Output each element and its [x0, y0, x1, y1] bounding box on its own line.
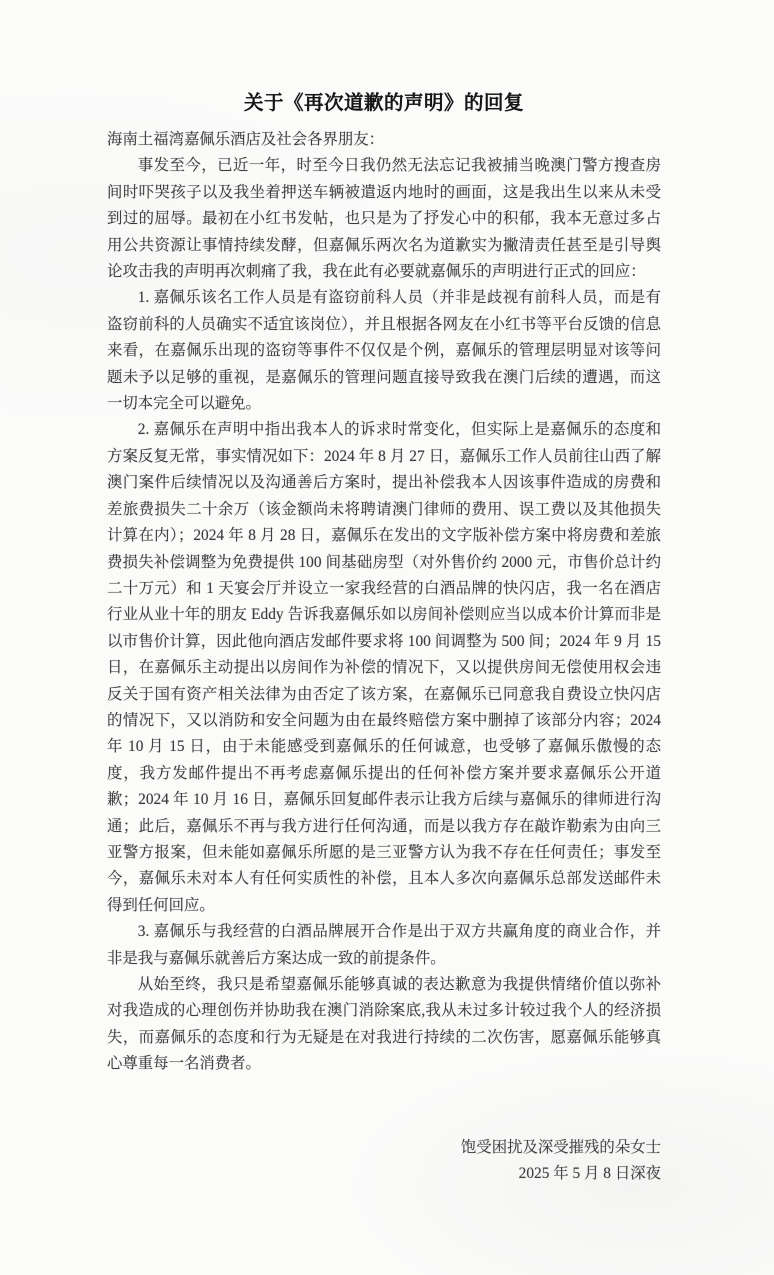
- document-title: 关于《再次道歉的声明》的回复: [107, 90, 661, 116]
- paragraph-closing: 从始至终，我只是希望嘉佩乐能够真诚的表达歉意为我提供情绪价值以弥补对我造成的心理…: [107, 972, 661, 1078]
- paragraph-point-1: 1. 嘉佩乐该名工作人员是有盗窃前科人员（并非是歧视有前科人员，而是有盗窃前科的…: [107, 285, 661, 417]
- paragraph-intro: 事发至今，已近一年，时至今日我仍然无法忘记我被捕当晚澳门警方搜查房间时吓哭孩子以…: [107, 153, 661, 285]
- signature-date: 2025 年 5 月 8 日深夜: [107, 1161, 661, 1187]
- signature: 饱受困扰及深受摧残的朵女士: [107, 1135, 661, 1161]
- document-page: { "page": { "background_color": "#fbfbfa…: [0, 0, 774, 1275]
- salutation: 海南土福湾嘉佩乐酒店及社会各界朋友：: [107, 127, 661, 153]
- signature-block: 饱受困扰及深受摧残的朵女士 2025 年 5 月 8 日深夜: [107, 1135, 661, 1188]
- document-body: 海南土福湾嘉佩乐酒店及社会各界朋友： 事发至今，已近一年，时至今日我仍然无法忘记…: [107, 127, 661, 1078]
- statement-document: 关于《再次道歉的声明》的回复 海南土福湾嘉佩乐酒店及社会各界朋友： 事发至今，已…: [107, 90, 661, 1187]
- paragraph-point-3: 3. 嘉佩乐与我经营的白酒品牌展开合作是出于双方共赢角度的商业合作，并非是我与嘉…: [107, 919, 661, 972]
- paragraph-point-2: 2. 嘉佩乐在声明中指出我本人的诉求时常变化，但实际上是嘉佩乐的态度和方案反复无…: [107, 417, 661, 919]
